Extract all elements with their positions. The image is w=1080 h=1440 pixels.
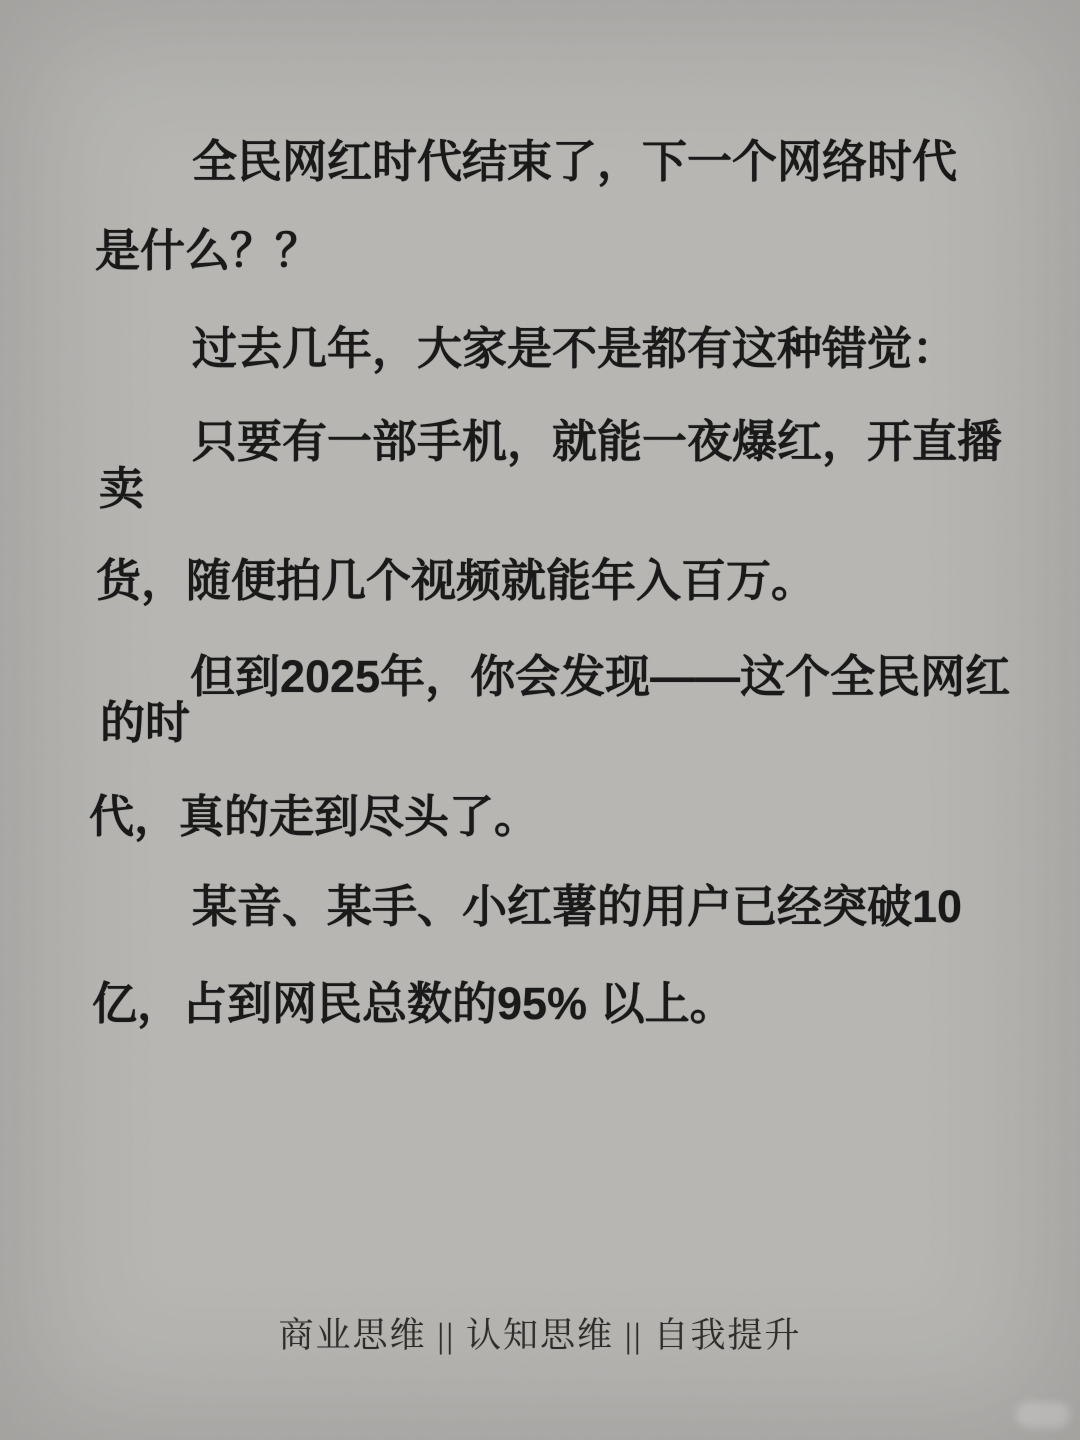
body-line-6: 货，随便拍几个视频就能年入百万。 [96, 558, 816, 603]
body-line-3: 过去几年，大家是不是都有这种错觉： [192, 326, 957, 371]
body-line-9: 代，真的走到尽头了。 [89, 794, 539, 839]
body-line-2: 是什么？？ [95, 228, 320, 273]
body-line-8: 的时 [100, 700, 190, 745]
body-line-11: 亿，占到网民总数的95% 以上。 [92, 981, 735, 1026]
body-line-4: 只要有一部手机，就能一夜爆红，开直播 [192, 419, 1002, 464]
body-line-10: 某音、某手、小红薯的用户已经突破10 [192, 884, 962, 929]
text-post-page: 全民网红时代结束了，下一个网络时代 是什么？？ 过去几年，大家是不是都有这种错觉… [0, 0, 1080, 1440]
body-text: 全民网红时代结束了，下一个网络时代 是什么？？ 过去几年，大家是不是都有这种错觉… [0, 0, 1080, 1440]
body-line-1: 全民网红时代结束了，下一个网络时代 [192, 139, 957, 184]
footer-tags: 商业思维 || 认知思维 || 自我提升 [0, 1318, 1080, 1353]
body-line-5: 卖 [99, 466, 144, 511]
body-line-7: 但到2025年，你会发现——这个全民网红 [190, 654, 1010, 699]
